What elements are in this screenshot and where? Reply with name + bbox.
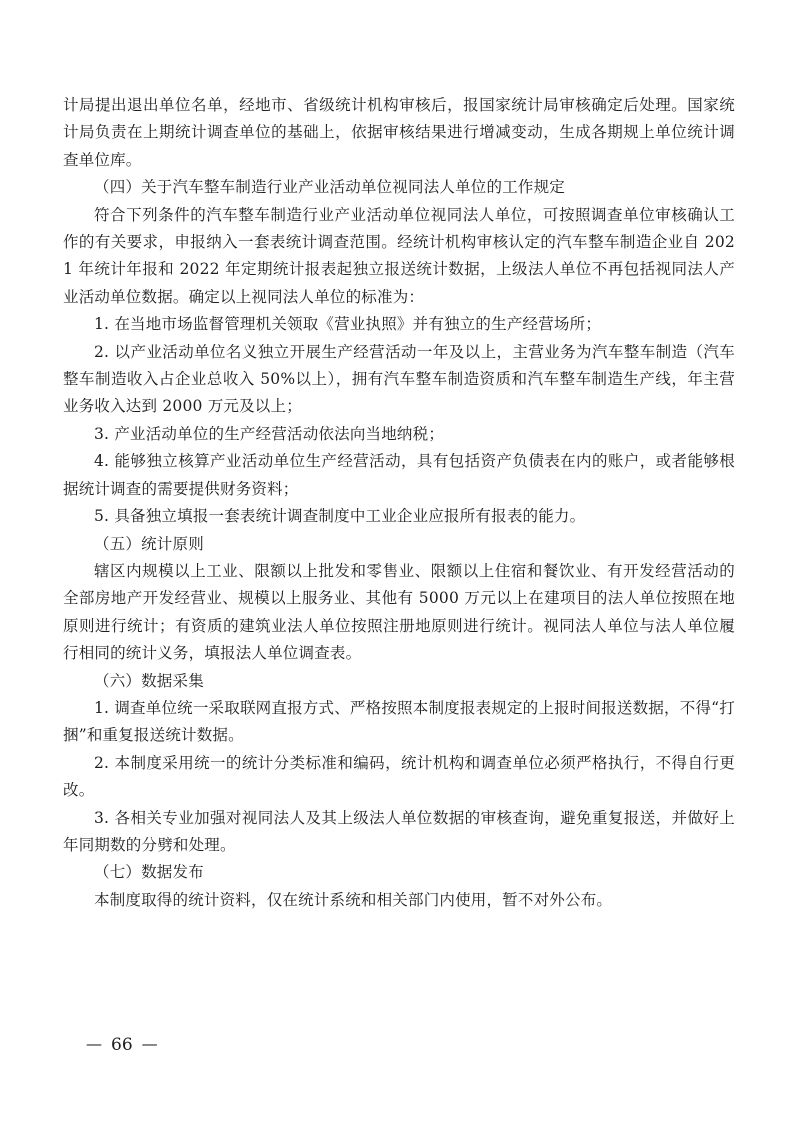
section-heading-7: （七）数据发布 [63, 859, 735, 886]
list-item-4: 4. 能够独立核算产业活动单位生产经营活动，具有包括资产负债表在内的账户，或者能… [63, 448, 735, 503]
document-body: 计局提出退出单位名单，经地市、省级统计机构审核后，报国家统计局审核确定后处理。国… [63, 92, 735, 914]
list-item-1: 1. 在当地市场监督管理机关领取《营业执照》并有独立的生产经营场所； [63, 311, 735, 338]
page-number: 66 [111, 1034, 133, 1056]
section-heading-5: （五）统计原则 [63, 531, 735, 558]
section-heading-4: （四）关于汽车整车制造行业产业活动单位视同法人单位的工作规定 [63, 174, 735, 201]
paragraph-continuation: 计局提出退出单位名单，经地市、省级统计机构审核后，报国家统计局审核确定后处理。国… [63, 92, 735, 174]
list-item-6-1: 1. 调查单位统一采取联网直报方式、严格按照本制度报表规定的上报时间报送数据，不… [63, 695, 735, 750]
list-item-6-3: 3. 各相关专业加强对视同法人及其上级法人单位数据的审核查询，避免重复报送，并做… [63, 805, 735, 860]
paragraph-section4-intro: 符合下列条件的汽车整车制造行业产业活动单位视同法人单位，可按照调查单位审核确认工… [63, 202, 735, 312]
footer-left-dash: — [86, 1033, 102, 1055]
list-item-5: 5. 具备独立填报一套表统计调查制度中工业企业应报所有报表的能力。 [63, 503, 735, 530]
document-page: 计局提出退出单位名单，经地市、省级统计机构审核后，报国家统计局审核确定后处理。国… [0, 0, 793, 1122]
list-item-3: 3. 产业活动单位的生产经营活动依法向当地纳税； [63, 421, 735, 448]
section-heading-6: （六）数据采集 [63, 668, 735, 695]
paragraph-section7-body: 本制度取得的统计资料，仅在统计系统和相关部门内使用，暂不对外公布。 [63, 887, 735, 914]
paragraph-section5-body: 辖区内规模以上工业、限额以上批发和零售业、限额以上住宿和餐饮业、有开发经营活动的… [63, 558, 735, 668]
page-footer: — 66 — [86, 1034, 158, 1056]
list-item-6-2: 2. 本制度采用统一的统计分类标准和编码，统计机构和调查单位必须严格执行，不得自… [63, 750, 735, 805]
footer-right-dash: — [142, 1033, 158, 1055]
list-item-2: 2. 以产业活动单位名义独立开展生产经营活动一年及以上，主营业务为汽车整车制造（… [63, 339, 735, 421]
